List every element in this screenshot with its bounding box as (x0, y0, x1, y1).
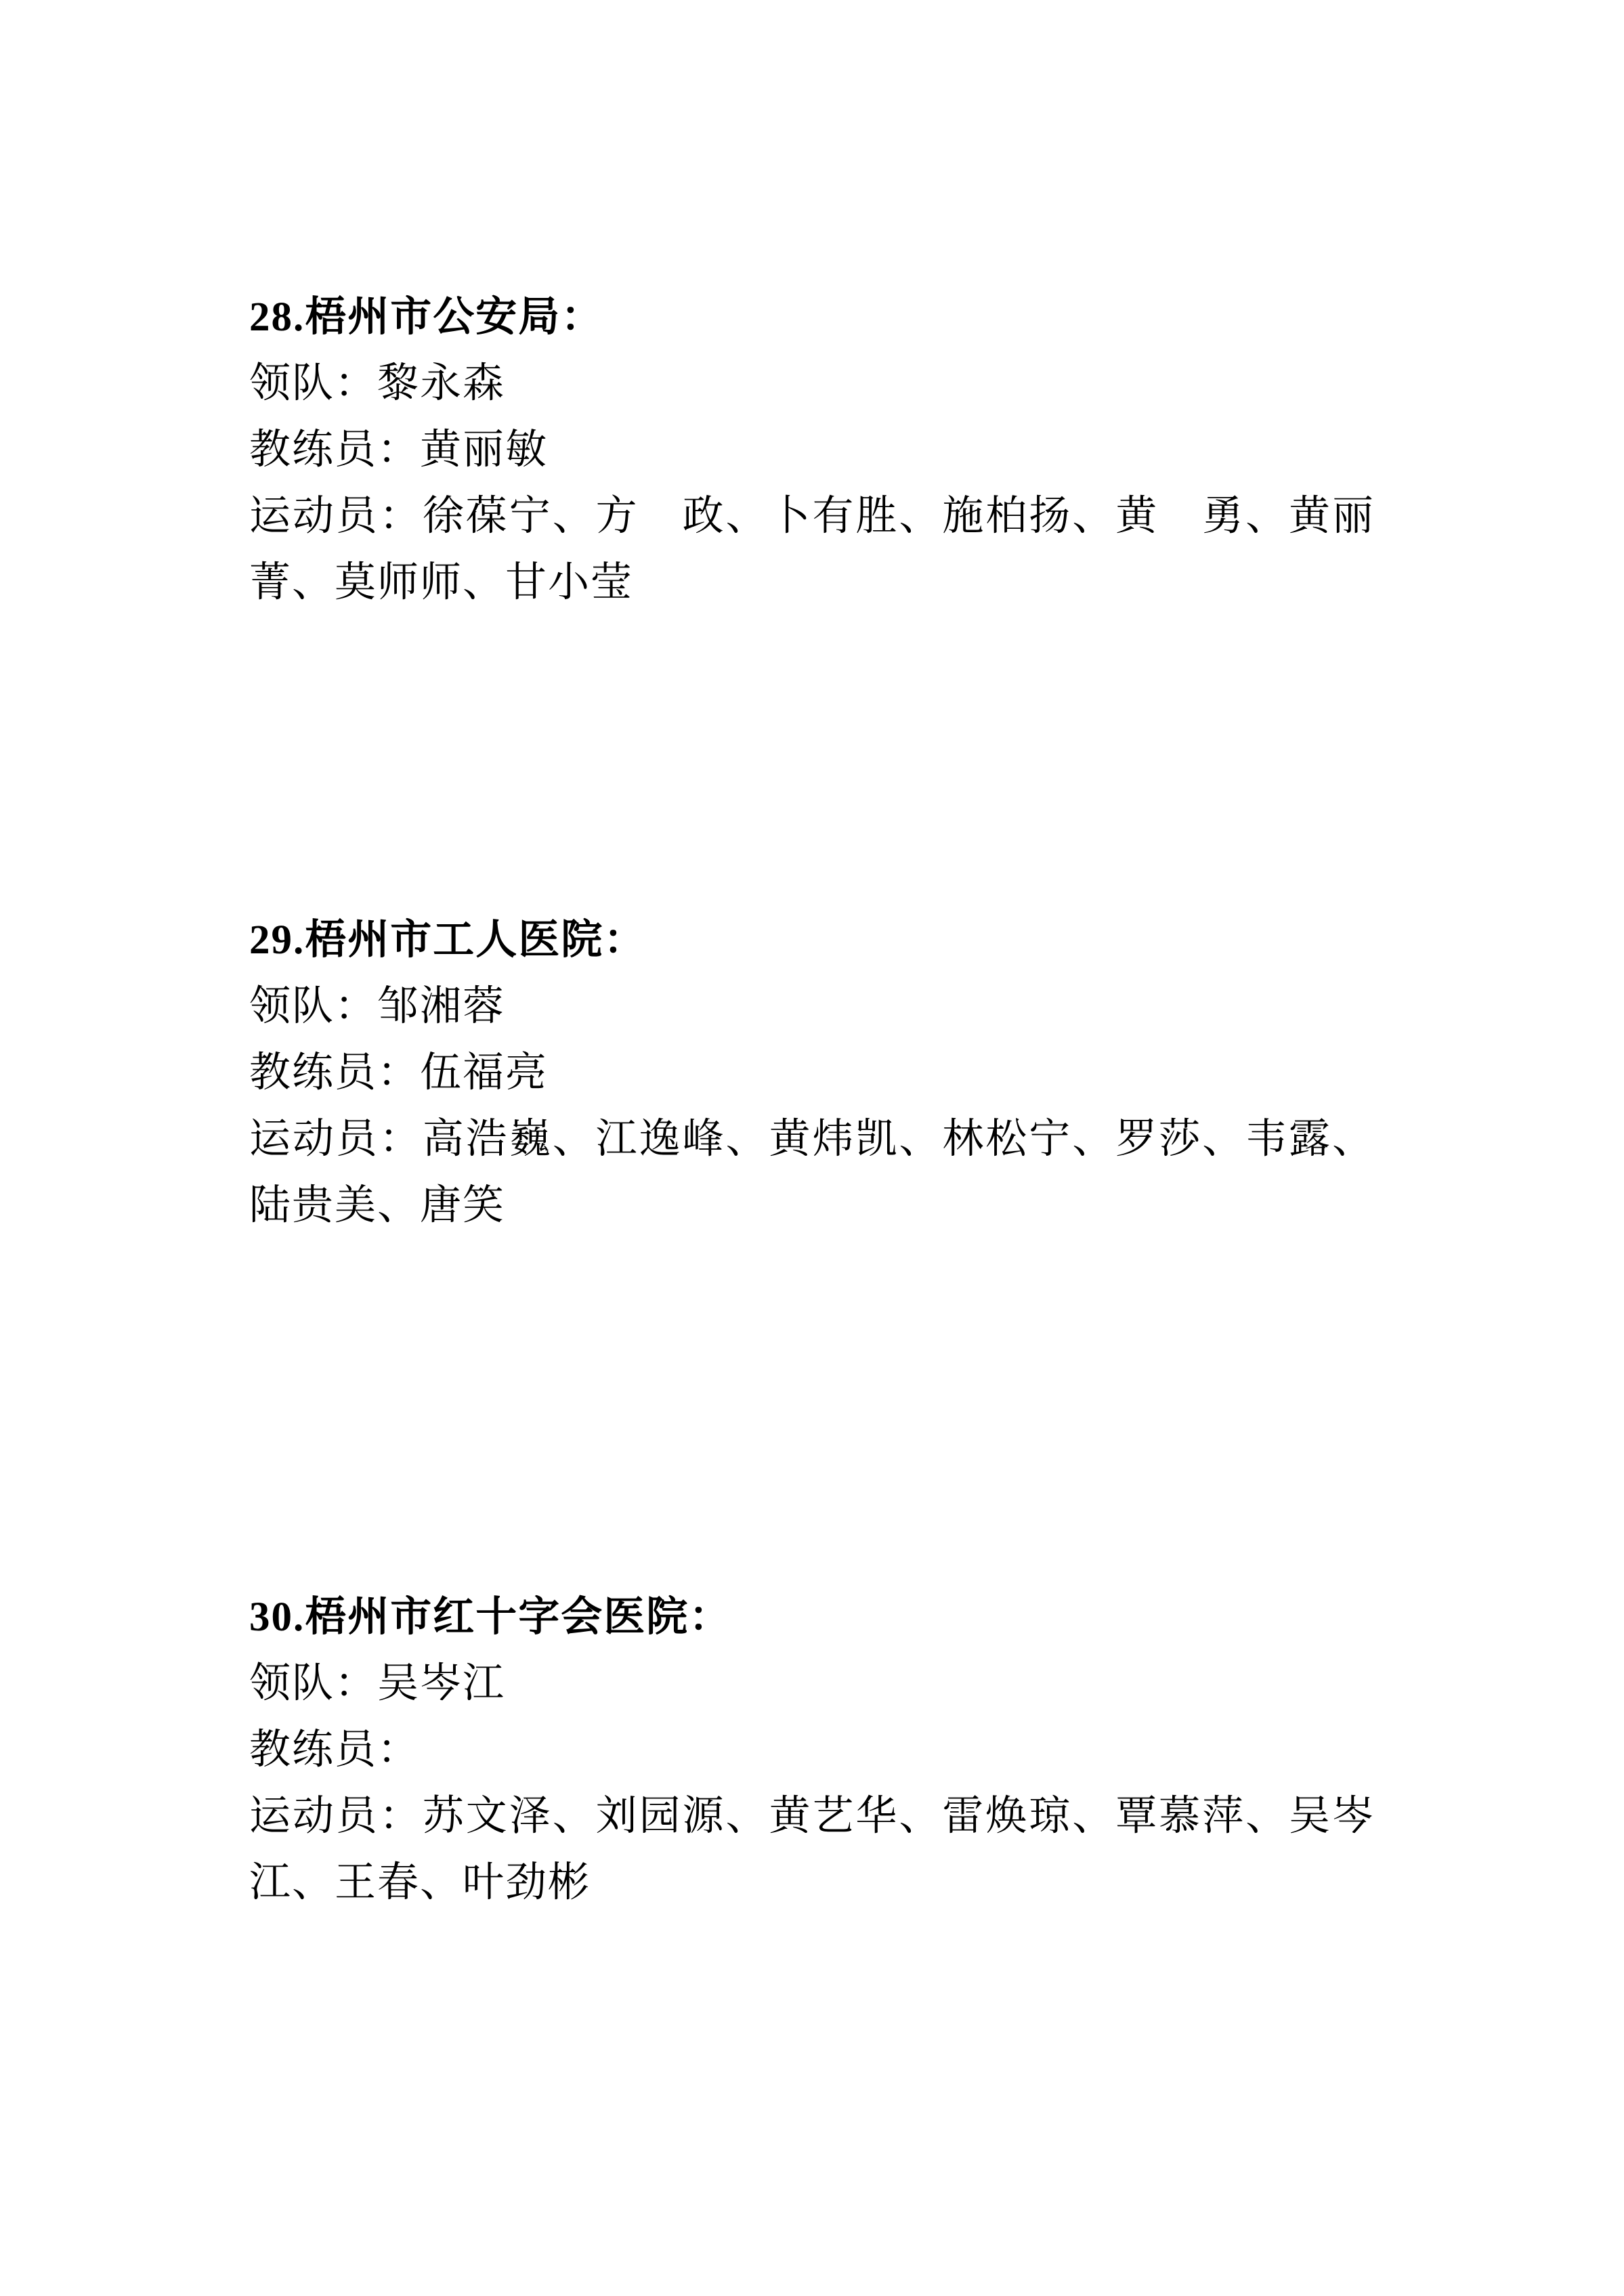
section-heading: 28.梧州市公安局： (249, 284, 1375, 351)
athletes-line: 运动员：苏文泽、刘园源、黄艺华、雷焕琼、覃慕萍、吴岑 (249, 1783, 1375, 1850)
athletes-line-continued: 陆贵美、唐笑 (249, 1173, 1375, 1239)
leader-line: 领队：黎永森 (249, 351, 1375, 417)
section-heading: 29.梧州市工人医院： (249, 907, 1375, 974)
team-section-29: 29.梧州市工人医院： 领队：邹湘蓉 教练员：伍福亮 运动员：高浩巍、江逸峰、黄… (249, 907, 1375, 1239)
leader-line: 领队：吴岑江 (249, 1651, 1375, 1717)
team-section-28: 28.梧州市公安局： 领队：黎永森 教练员：黄丽敏 运动员：徐葆宁、方 政、卜有… (249, 284, 1375, 616)
athletes-line-continued: 江、王春、叶劲彬 (249, 1850, 1375, 1916)
section-heading: 30.梧州市红十字会医院： (249, 1584, 1375, 1651)
leader-line: 领队：邹湘蓉 (249, 974, 1375, 1040)
coach-line: 教练员： (249, 1717, 1375, 1783)
team-section-30: 30.梧州市红十字会医院： 领队：吴岑江 教练员： 运动员：苏文泽、刘园源、黄艺… (249, 1584, 1375, 1916)
document-page: 28.梧州市公安局： 领队：黎永森 教练员：黄丽敏 运动员：徐葆宁、方 政、卜有… (0, 0, 1624, 2296)
athletes-line-continued: 菁、莫师师、甘小莹 (249, 550, 1375, 616)
athletes-line: 运动员：徐葆宁、方 政、卜有胜、施柏扬、黄 勇、黄丽 (249, 483, 1375, 550)
athletes-line: 运动员：高浩巍、江逸峰、黄炜凯、林松宁、罗莎、韦露、 (249, 1106, 1375, 1173)
coach-line: 教练员：黄丽敏 (249, 417, 1375, 483)
coach-line: 教练员：伍福亮 (249, 1040, 1375, 1106)
